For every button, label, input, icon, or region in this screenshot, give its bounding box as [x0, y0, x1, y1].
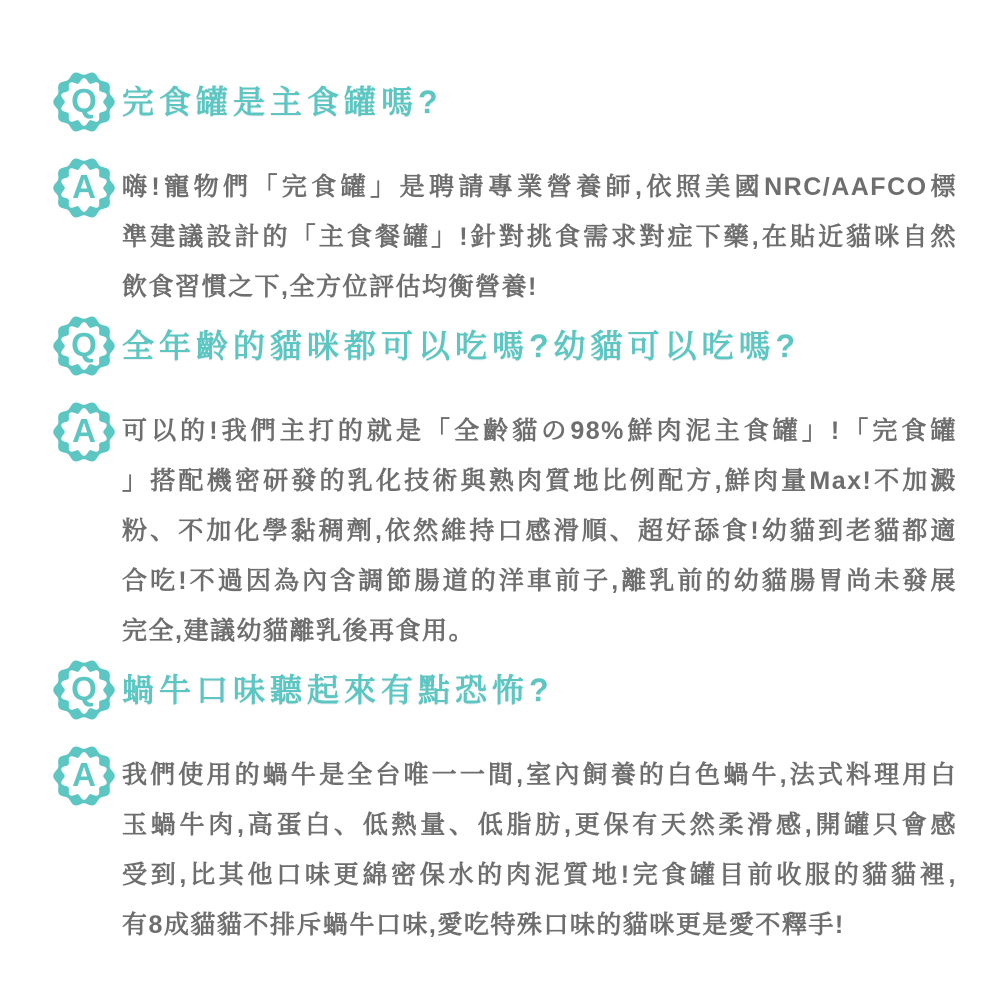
q-badge-icon: Q: [52, 314, 116, 378]
answer-line: 受到,比其他口味更綿密保水的肉泥質地!完食罐目前收服的貓貓裡,: [122, 850, 957, 900]
answer-line: 粉、不加化學黏稠劑,依然維持口感滑順、超好舔食!幼貓到老貓都適: [122, 506, 957, 556]
answer-line: 玉蝸牛肉,高蛋白、低熱量、低脂肪,更保有天然柔滑感,開罐只會感: [122, 800, 957, 850]
qa-section: Q 完食罐是主食罐嗎? A 嗨!寵物們「完食罐」是聘請專業營養師,依照美國NRC…: [52, 70, 957, 312]
badge-letter: A: [52, 744, 116, 808]
q-badge-icon: Q: [52, 70, 116, 134]
question-text: 蝸牛口味聽起來有點恐怖?: [122, 671, 554, 709]
a-badge-icon: A: [52, 744, 116, 808]
question-text: 完食罐是主食罐嗎?: [122, 83, 443, 121]
qa-section: Q 蝸牛口味聽起來有點恐怖? A 我們使用的蝸牛是全台唯一一間,室內飼養的白色蝸…: [52, 658, 957, 950]
badge-letter: Q: [52, 70, 116, 134]
question-row: Q 蝸牛口味聽起來有點恐怖?: [52, 658, 957, 722]
answer-line: 」搭配機密研發的乳化技術與熟肉質地比例配方,鮮肉量Max!不加澱: [122, 456, 957, 506]
badge-letter: A: [52, 400, 116, 464]
answer-line: 有8成貓貓不排斥蝸牛口味,愛吃特殊口味的貓咪更是愛不釋手!: [122, 900, 957, 950]
question-text: 全年齡的貓咪都可以吃嗎?幼貓可以吃嗎?: [122, 327, 800, 365]
answer-line: 我們使用的蝸牛是全台唯一一間,室內飼養的白色蝸牛,法式料理用白: [122, 750, 957, 800]
answer-line: 完全,建議幼貓離乳後再食用。: [122, 606, 957, 656]
faq-page: Q 完食罐是主食罐嗎? A 嗨!寵物們「完食罐」是聘請專業營養師,依照美國NRC…: [0, 0, 1000, 1000]
a-badge-icon: A: [52, 156, 116, 220]
answer-line: 準建議設計的「主食餐罐」!針對挑食需求對症下藥,在貼近貓咪自然: [122, 212, 957, 262]
question-row: Q 全年齡的貓咪都可以吃嗎?幼貓可以吃嗎?: [52, 314, 957, 378]
answer-line: 合吃!不過因為內含調節腸道的洋車前子,離乳前的幼貓腸胃尚未發展: [122, 556, 957, 606]
q-badge-icon: Q: [52, 658, 116, 722]
badge-letter: Q: [52, 658, 116, 722]
question-row: Q 完食罐是主食罐嗎?: [52, 70, 957, 134]
answer-line: 飲食習慣之下,全方位評估均衡營養!: [122, 262, 957, 312]
answer-text: 我們使用的蝸牛是全台唯一一間,室內飼養的白色蝸牛,法式料理用白 玉蝸牛肉,高蛋白…: [122, 750, 957, 950]
qa-section: Q 全年齡的貓咪都可以吃嗎?幼貓可以吃嗎? A 可以的!我們主打的就是「全齡貓の…: [52, 314, 957, 656]
badge-letter: A: [52, 156, 116, 220]
answer-row: A 可以的!我們主打的就是「全齡貓の98%鮮肉泥主食罐」!「完食罐 」搭配機密研…: [52, 406, 957, 656]
answer-line: 可以的!我們主打的就是「全齡貓の98%鮮肉泥主食罐」!「完食罐: [122, 406, 957, 456]
answer-text: 可以的!我們主打的就是「全齡貓の98%鮮肉泥主食罐」!「完食罐 」搭配機密研發的…: [122, 406, 957, 656]
answer-line: 嗨!寵物們「完食罐」是聘請專業營養師,依照美國NRC/AAFCO標: [122, 162, 957, 212]
a-badge-icon: A: [52, 400, 116, 464]
answer-text: 嗨!寵物們「完食罐」是聘請專業營養師,依照美國NRC/AAFCO標 準建議設計的…: [122, 162, 957, 312]
badge-letter: Q: [52, 314, 116, 378]
answer-row: A 嗨!寵物們「完食罐」是聘請專業營養師,依照美國NRC/AAFCO標 準建議設…: [52, 162, 957, 312]
answer-row: A 我們使用的蝸牛是全台唯一一間,室內飼養的白色蝸牛,法式料理用白 玉蝸牛肉,高…: [52, 750, 957, 950]
